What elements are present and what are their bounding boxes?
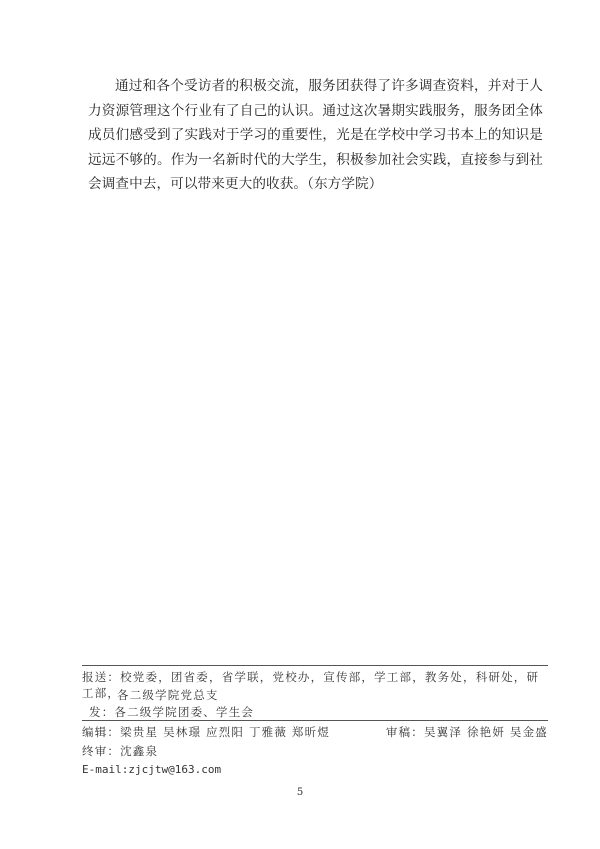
footer-top-rule <box>82 665 548 666</box>
footer-middle-rule <box>82 720 548 721</box>
body-paragraph-block: 通过和各个受访者的积极交流，服务团获得了许多调查资料，并对于人力资源管理这个行业… <box>88 74 543 197</box>
reviewers-group: 审稿：吴翼泽 徐艳妍 吴金盛 <box>386 724 548 740</box>
report-to-cont-text: 各二级学院党总支 <box>117 688 219 702</box>
report-to-label: 报送： <box>82 670 120 684</box>
email-text: E-mail:zjcjtw@163.com <box>82 763 221 776</box>
report-to-continuation: 各二级学院党总支 <box>117 687 583 703</box>
send-to-row: 发：各二级学院团委、学生会 <box>89 704 555 720</box>
body-paragraph: 通过和各个受访者的积极交流，服务团获得了许多调查资料，并对于人力资源管理这个行业… <box>88 74 543 197</box>
page-number: 5 <box>0 787 600 798</box>
send-to-label: 发： <box>89 705 114 719</box>
editors-names: 梁贵星 吴林璟 应烈阳 丁雅薇 郑昕煜 <box>120 725 330 739</box>
reviewers-label: 审稿： <box>386 725 424 739</box>
final-review-row: 终审：沈鑫泉 <box>82 743 548 759</box>
final-review-label: 终审： <box>82 744 120 758</box>
email-row: E-mail:zjcjtw@163.com <box>82 763 548 776</box>
final-reviewer-name: 沈鑫泉 <box>120 744 158 758</box>
editors-row: 编辑：梁贵星 吴林璟 应烈阳 丁雅薇 郑昕煜 审稿：吴翼泽 徐艳妍 吴金盛 <box>82 724 548 740</box>
reviewers-names: 吴翼泽 徐艳妍 吴金盛 <box>424 725 548 739</box>
send-to-list: 各二级学院团委、学生会 <box>114 705 254 719</box>
editors-label: 编辑： <box>82 725 120 739</box>
